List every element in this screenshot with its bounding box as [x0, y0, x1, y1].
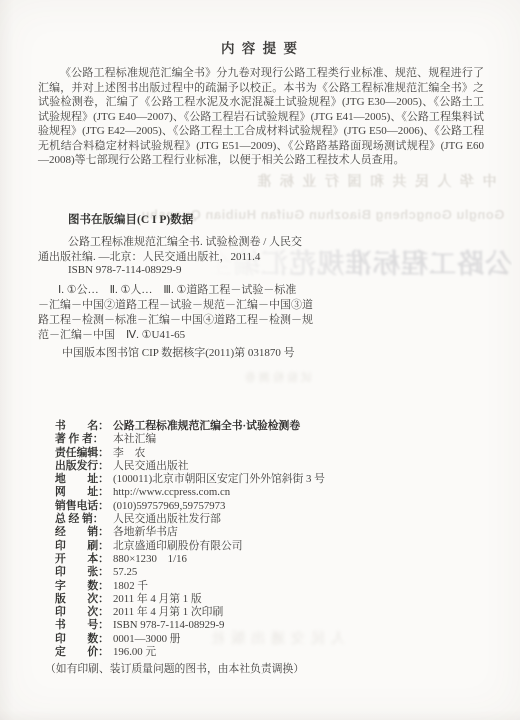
colophon-block: 书 名：公路工程标准规范汇编全书·试验检测卷 著 作 者：本社汇编 责任编辑：李…	[55, 420, 495, 676]
colophon-label: 版 次：	[55, 593, 111, 606]
colophon-label: 著 作 者：	[55, 433, 111, 446]
colophon-value: (010)59757969,59757973	[113, 500, 225, 513]
colophon-value: 0001—3000 册	[113, 633, 180, 646]
colophon-row-printer: 印 刷：北京盛通印刷股份有限公司	[55, 540, 495, 553]
content-summary-heading: 内 容 提 要	[0, 37, 520, 57]
cip-title-line-1: 公路工程标准规范汇编全书. 试验检测卷 / 人民交	[68, 233, 302, 249]
colophon-row-price: 定 价：196.00 元	[55, 646, 495, 659]
colophon-row-general-distributor: 总 经 销：人民交通出版社发行部	[55, 513, 495, 526]
colophon-row-website: 网 址：http://www.ccpress.com.cn	[55, 486, 495, 499]
colophon-value: 1802 千	[113, 580, 148, 593]
colophon-label: 地 址：	[55, 473, 111, 486]
colophon-label: 销售电话：	[55, 500, 111, 513]
cip-title-line-2: 通出版社编. —北京：人民交通出版社，2011.4	[38, 248, 260, 264]
colophon-row-distributor: 经 销：各地新华书店	[55, 526, 495, 539]
quality-exchange-note: （如有印刷、装订质量问题的图书，由本社负责调换）	[45, 663, 495, 676]
colophon-label: 出版发行：	[55, 460, 111, 473]
colophon-label: 开 本：	[55, 553, 111, 566]
colophon-value: 各地新华书店	[113, 526, 178, 539]
cip-classification-line-3: 路工程－检测－标准－汇编－中国④道路工程－检测－规	[38, 311, 313, 327]
colophon-row-publisher: 出版发行：人民交通出版社	[55, 460, 495, 473]
colophon-row-print-run: 印 数：0001—3000 册	[55, 633, 495, 646]
colophon-value: 2011 年 4 月第 1 次印刷	[113, 606, 223, 619]
colophon-label: 责任编辑：	[55, 447, 111, 460]
copyright-page: 内 容 提 要 《公路工程标准规范汇编全书》分九卷对现行公路工程类行业标准、规范…	[0, 0, 520, 720]
colophon-row-word-count: 字 数：1802 千	[55, 580, 495, 593]
colophon-value: 2011 年 4 月第 1 版	[113, 593, 202, 606]
colophon-label: 经 销：	[55, 526, 111, 539]
colophon-row-sheets: 印 张：57.25	[55, 566, 495, 579]
cip-classification-line-1: Ⅰ. ①公… Ⅱ. ①人… Ⅲ. ①道路工程－试验－标准	[58, 281, 296, 297]
colophon-label: 印 刷：	[55, 540, 111, 553]
colophon-label: 印 张：	[55, 566, 111, 579]
colophon-label: 书 号：	[55, 619, 111, 632]
colophon-label: 印 次：	[55, 606, 111, 619]
colophon-label: 印 数：	[55, 633, 111, 646]
cip-isbn: ISBN 978-7-114-08929-9	[68, 264, 182, 276]
colophon-row-format: 开 本：880×1230 1/16	[55, 553, 495, 566]
colophon-value: 本社汇编	[113, 433, 156, 446]
colophon-label: 书 名：	[55, 420, 111, 433]
colophon-value: 196.00 元	[113, 646, 156, 659]
cip-record-number: 中国版本图书馆 CIP 数据核字(2011)第 031870 号	[62, 344, 295, 360]
colophon-label: 总 经 销：	[55, 513, 111, 526]
colophon-value: 人民交通出版社	[113, 460, 189, 473]
colophon-value: 北京盛通印刷股份有限公司	[113, 540, 243, 553]
cip-classification-line-2: －汇编－中国②道路工程－试验－规范－汇编－中国③道	[38, 296, 313, 312]
colophon-label: 网 址：	[55, 486, 111, 499]
colophon-row-isbn: 书 号：ISBN 978-7-114-08929-9	[55, 619, 495, 632]
content-summary-paragraph: 《公路工程标准规范汇编全书》分九卷对现行公路工程类行业标准、规范、规程进行了汇编…	[38, 66, 484, 168]
colophon-row-book-name: 书 名：公路工程标准规范汇编全书·试验检测卷	[55, 420, 495, 433]
colophon-value: ISBN 978-7-114-08929-9	[113, 619, 224, 632]
colophon-label: 定 价：	[55, 646, 111, 659]
colophon-row-sales-phone: 销售电话：(010)59757969,59757973	[55, 500, 495, 513]
cip-section-header: 图书在版编目(C I P)数据	[68, 211, 193, 227]
colophon-row-edition: 版 次：2011 年 4 月第 1 版	[55, 593, 495, 606]
cip-classification-line-4: 范－汇编－中国 Ⅳ. ①U41-65	[38, 326, 185, 342]
colophon-value: 880×1230 1/16	[113, 553, 187, 566]
colophon-value: 人民交通出版社发行部	[113, 513, 221, 526]
colophon-value: 公路工程标准规范汇编全书·试验检测卷	[113, 420, 300, 433]
colophon-value: 李 农	[113, 447, 145, 460]
colophon-label: 字 数：	[55, 580, 111, 593]
colophon-row-impression: 印 次：2011 年 4 月第 1 次印刷	[55, 606, 495, 619]
colophon-value: http://www.ccpress.com.cn	[113, 486, 230, 499]
colophon-row-author: 著 作 者：本社汇编	[55, 433, 495, 446]
colophon-row-editor: 责任编辑：李 农	[55, 447, 495, 460]
colophon-row-address: 地 址：(100011)北京市朝阳区安定门外外馆斜街 3 号	[55, 473, 495, 486]
colophon-value: 57.25	[113, 566, 137, 579]
colophon-value: (100011)北京市朝阳区安定门外外馆斜街 3 号	[113, 473, 325, 486]
